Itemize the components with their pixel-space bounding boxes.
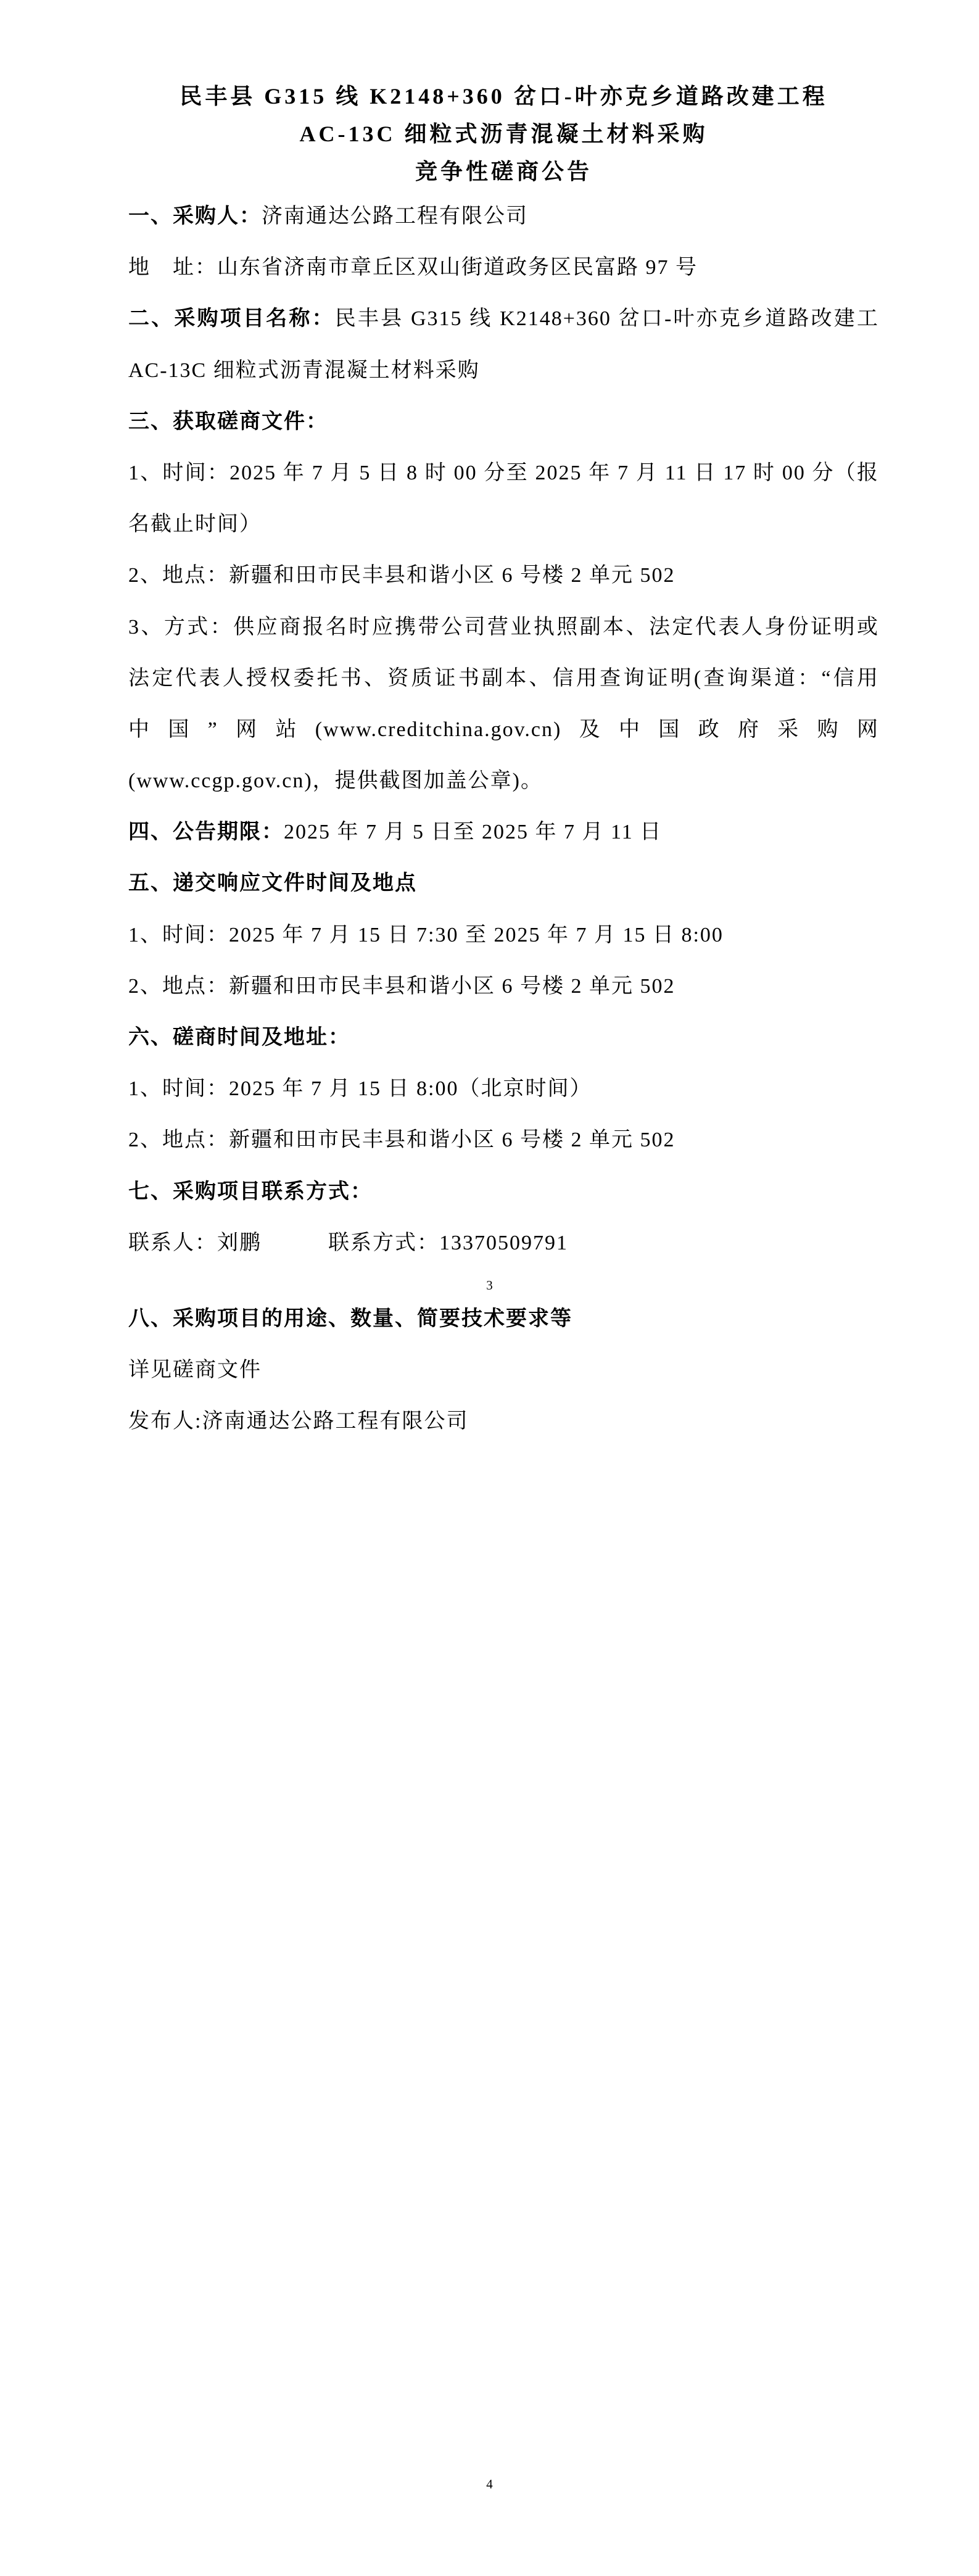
paragraph-bold-label: 一、采购人： bbox=[128, 205, 262, 228]
paragraph-text: 2、地点：新疆和田市民丰县和谐小区 6 号楼 2 单元 502 bbox=[128, 1129, 675, 1151]
page-number: 3 bbox=[486, 1278, 493, 1293]
paragraph-text: 1、时间：2025 年 7 月 15 日 8:00（北京时间） bbox=[128, 1077, 592, 1100]
paragraph-line: 1、时间：2025 年 7 月 5 日 8 时 00 分至 2025 年 7 月… bbox=[128, 447, 879, 499]
paragraph-text: 中国”网站(www.creditchina.gov.cn)及中国政府采购网 bbox=[128, 718, 879, 741]
paragraph-line: 2、地点：新疆和田市民丰县和谐小区 6 号楼 2 单元 502 bbox=[128, 1114, 879, 1166]
paragraph-bold-label: 八、采购项目的用途、数量、简要技术要求等 bbox=[128, 1307, 572, 1330]
paragraph-bold-label: 三、获取磋商文件： bbox=[128, 410, 328, 433]
page-number-footer: 4 bbox=[114, 2467, 865, 2492]
paragraph-text: AC-13C 细粒式沥青混凝土材料采购 bbox=[128, 359, 480, 382]
paragraph-bold-label: 七、采购项目联系方式： bbox=[128, 1180, 373, 1203]
paragraph-line: 3、方式：供应商报名时应携带公司营业执照副本、法定代表人身份证明或 bbox=[128, 602, 879, 653]
paragraph-text: 法定代表人授权委托书、资质证书副本、信用查询证明(查询渠道：“信用 bbox=[128, 667, 879, 690]
document-body-page-4: 八、采购项目的用途、数量、简要技术要求等详见磋商文件发布人:济南通达公路工程有限… bbox=[128, 1293, 879, 1447]
document-title-line-1: 民丰县 G315 线 K2148+360 岔口-叶亦克乡道路改建工程 bbox=[128, 78, 879, 115]
paragraph-line: 二、采购项目名称：民丰县 G315 线 K2148+360 岔口-叶亦克乡道路改… bbox=[128, 293, 879, 344]
paragraph-line: 联系人：刘鹏 联系方式：13370509791 bbox=[128, 1217, 879, 1269]
paragraph-bold-label: 六、磋商时间及地址： bbox=[128, 1026, 350, 1049]
paragraph-line: 名截止时间） bbox=[128, 499, 879, 550]
paragraph-bold-label: 四、公告期限： bbox=[128, 821, 284, 843]
paragraph-text: 详见磋商文件 bbox=[128, 1359, 262, 1381]
paragraph-line: 五、递交响应文件时间及地点 bbox=[128, 858, 879, 909]
paragraph-line: 1、时间：2025 年 7 月 15 日 7:30 至 2025 年 7 月 1… bbox=[128, 909, 879, 961]
page-blank-space bbox=[128, 1447, 879, 2467]
paragraph-text: (www.ccgp.gov.cn)，提供截图加盖公章)。 bbox=[128, 769, 543, 792]
announcement-document: 民丰县 G315 线 K2148+360 岔口-叶亦克乡道路改建工程 AC-13… bbox=[0, 0, 979, 2576]
paragraph-text: 名截止时间） bbox=[128, 513, 262, 536]
paragraph-line: 三、获取磋商文件： bbox=[128, 396, 879, 447]
paragraph-line: AC-13C 细粒式沥青混凝土材料采购 bbox=[128, 345, 879, 396]
paragraph-line: 法定代表人授权委托书、资质证书副本、信用查询证明(查询渠道：“信用 bbox=[128, 653, 879, 704]
paragraph-text: 地 址：山东省济南市章丘区双山街道政务区民富路 97 号 bbox=[128, 256, 698, 279]
paragraph-line: 八、采购项目的用途、数量、简要技术要求等 bbox=[128, 1293, 879, 1344]
paragraph-line: 六、磋商时间及地址： bbox=[128, 1012, 879, 1063]
document-title-line-3: 竞争性磋商公告 bbox=[128, 153, 879, 191]
page-number: 4 bbox=[486, 2477, 493, 2492]
document-body-page-3: 一、采购人：济南通达公路工程有限公司地 址：山东省济南市章丘区双山街道政务区民富… bbox=[128, 191, 879, 1269]
paragraph-text: 发布人:济南通达公路工程有限公司 bbox=[128, 1410, 468, 1433]
paragraph-line: 2、地点：新疆和田市民丰县和谐小区 6 号楼 2 单元 502 bbox=[128, 961, 879, 1012]
paragraph-text: 1、时间：2025 年 7 月 5 日 8 时 00 分至 2025 年 7 月… bbox=[128, 462, 879, 484]
page-number-footer: 3 bbox=[114, 1269, 865, 1293]
paragraph-line: (www.ccgp.gov.cn)，提供截图加盖公章)。 bbox=[128, 755, 879, 806]
paragraph-line: 四、公告期限：2025 年 7 月 5 日至 2025 年 7 月 11 日 bbox=[128, 806, 879, 858]
paragraph-line: 详见磋商文件 bbox=[128, 1344, 879, 1396]
paragraph-line: 发布人:济南通达公路工程有限公司 bbox=[128, 1396, 879, 1447]
document-title: 民丰县 G315 线 K2148+360 岔口-叶亦克乡道路改建工程 AC-13… bbox=[128, 78, 879, 191]
paragraph-line: 地 址：山东省济南市章丘区双山街道政务区民富路 97 号 bbox=[128, 242, 879, 293]
paragraph-text: 2、地点：新疆和田市民丰县和谐小区 6 号楼 2 单元 502 bbox=[128, 975, 675, 998]
paragraph-line: 七、采购项目联系方式： bbox=[128, 1166, 879, 1217]
paragraph-text: 2、地点：新疆和田市民丰县和谐小区 6 号楼 2 单元 502 bbox=[128, 564, 675, 587]
paragraph-text: 济南通达公路工程有限公司 bbox=[262, 205, 528, 228]
paragraph-line: 中国”网站(www.creditchina.gov.cn)及中国政府采购网 bbox=[128, 704, 879, 755]
paragraph-line: 一、采购人：济南通达公路工程有限公司 bbox=[128, 191, 879, 242]
paragraph-line: 2、地点：新疆和田市民丰县和谐小区 6 号楼 2 单元 502 bbox=[128, 550, 879, 601]
paragraph-bold-label: 五、递交响应文件时间及地点 bbox=[128, 872, 417, 895]
paragraph-line: 1、时间：2025 年 7 月 15 日 8:00（北京时间） bbox=[128, 1063, 879, 1114]
document-page: { "document": { "title_lines": [ "民丰县 G3… bbox=[0, 0, 979, 2576]
paragraph-bold-label: 二、采购项目名称： bbox=[128, 307, 335, 330]
paragraph-text: 2025 年 7 月 5 日至 2025 年 7 月 11 日 bbox=[284, 821, 662, 843]
paragraph-text: 3、方式：供应商报名时应携带公司营业执照副本、法定代表人身份证明或 bbox=[128, 616, 879, 639]
paragraph-text: 1、时间：2025 年 7 月 15 日 7:30 至 2025 年 7 月 1… bbox=[128, 924, 724, 946]
document-title-line-2: AC-13C 细粒式沥青混凝土材料采购 bbox=[128, 115, 879, 153]
paragraph-text: 联系人：刘鹏 联系方式：13370509791 bbox=[128, 1232, 568, 1254]
